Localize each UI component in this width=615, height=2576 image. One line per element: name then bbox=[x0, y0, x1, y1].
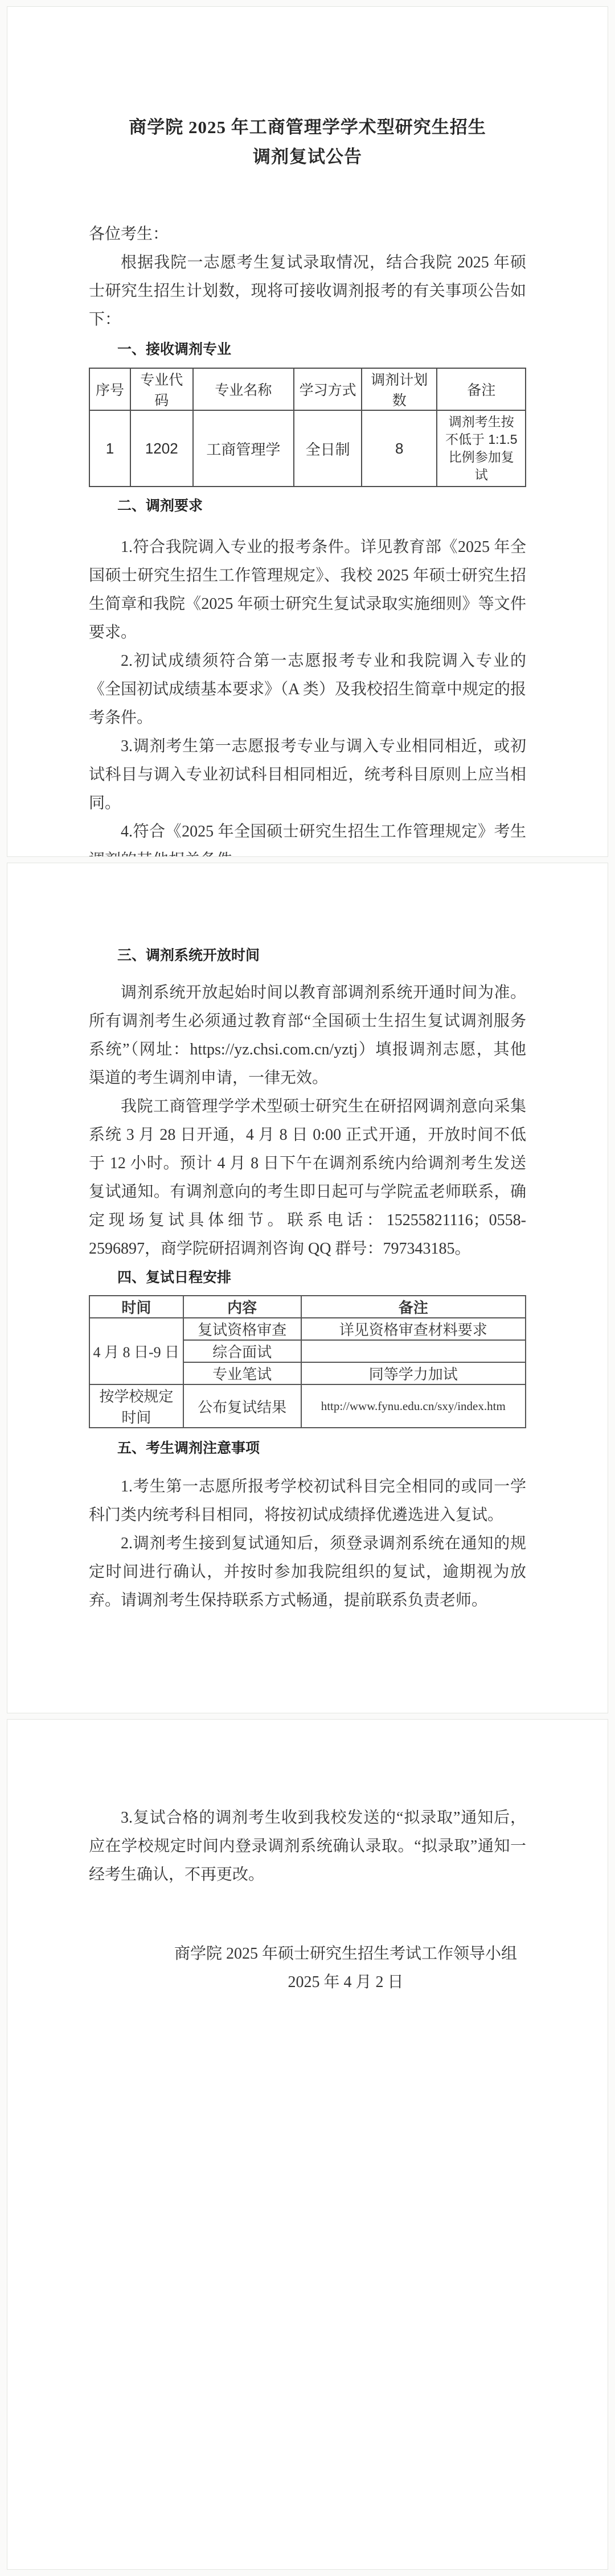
section-heading-5: 五、考生调剂注意事项 bbox=[89, 1434, 526, 1462]
notice-item-1: 1.考生第一志愿所报考学校初试科目完全相同的或同一学科门类内统考科目相同，将按初… bbox=[89, 1473, 526, 1530]
cell-major-code: 1202 bbox=[130, 410, 193, 487]
schedule-row-4: 按学校规定时间 公布复试结果 http://www.fynu.edu.cn/sx… bbox=[89, 1384, 526, 1428]
cell-time-merged: 4 月 8 日-9 日 bbox=[89, 1318, 183, 1384]
col-header-content: 内容 bbox=[183, 1296, 301, 1318]
col-header-time: 时间 bbox=[89, 1296, 183, 1318]
cell-plan-count: 8 bbox=[362, 410, 437, 487]
intro-paragraph: 根据我院一志愿考生复试录取情况，结合我院 2025 年硕士研究生招生计划数，现将… bbox=[89, 249, 526, 334]
requirement-item-1: 1.符合我院调入专业的报考条件。详见教育部《2025 年全国硕士研究生招生工作管… bbox=[89, 533, 526, 647]
schedule-table: 时间 内容 备注 4 月 8 日-9 日 复试资格审查 详见资格审查材料要求 综… bbox=[89, 1295, 526, 1428]
notice-item-3: 3.复试合格的调剂考生收到我校发送的“拟录取”通知后，应在学校规定时间内登录调剂… bbox=[89, 1804, 526, 1889]
cell-major-name: 工商管理学 bbox=[193, 410, 294, 487]
page-2: 三、调剂系统开放时间 调剂系统开放起始时间以教育部调剂系统开通时间为准。所有调剂… bbox=[7, 863, 608, 1713]
doc-title-line-2: 调剂复试公告 bbox=[89, 142, 526, 172]
cell-study-mode: 全日制 bbox=[294, 410, 362, 487]
col-header-seq: 序号 bbox=[89, 368, 130, 410]
requirement-item-3: 3.调剂考生第一志愿报考专业与调入专业相同相近，或初试科目与调入专业初试科目相同… bbox=[89, 732, 526, 818]
page-3: 3.复试合格的调剂考生收到我校发送的“拟录取”通知后，应在学校规定时间内登录调剂… bbox=[7, 1719, 608, 2570]
cell-seq: 1 bbox=[89, 410, 130, 487]
cell-content-interview: 综合面试 bbox=[183, 1340, 301, 1362]
cell-result-url: http://www.fynu.edu.cn/sxy/index.htm bbox=[301, 1384, 526, 1428]
doc-title-line-1: 商学院 2025 年工商管理学学术型研究生招生 bbox=[89, 113, 526, 142]
requirement-item-4: 4.符合《2025 年全国硕士研究生招生工作管理规定》考生调剂的其他相关条件。 bbox=[89, 818, 526, 857]
system-open-paragraph-2: 我院工商管理学学术型硕士研究生在研招网调剂意向采集系统 3 月 28 日开通，4… bbox=[89, 1093, 526, 1263]
notice-item-2: 2.调剂考生接到复试通知后，须登录调剂系统在通知的规定时间进行确认，并按时参加我… bbox=[89, 1530, 526, 1615]
col-header-remark: 备注 bbox=[437, 368, 526, 410]
section-heading-2: 二、调剂要求 bbox=[89, 492, 526, 520]
schedule-row-1: 4 月 8 日-9 日 复试资格审查 详见资格审查材料要求 bbox=[89, 1318, 526, 1340]
cell-content-qualification: 复试资格审查 bbox=[183, 1318, 301, 1340]
cell-note-interview bbox=[301, 1340, 526, 1362]
admission-table: 序号 专业代码 专业名称 学习方式 调剂计划数 备注 1 1202 工商管理学 … bbox=[89, 368, 526, 487]
cell-content-result: 公布复试结果 bbox=[183, 1384, 301, 1428]
signature-org: 商学院 2025 年硕士研究生招生考试工作领导小组 bbox=[174, 1940, 517, 1968]
cell-remark: 调剂考生按不低于 1:1.5 比例参加复试 bbox=[437, 410, 526, 487]
cell-note-qualification: 详见资格审查材料要求 bbox=[301, 1318, 526, 1340]
document-pages: 商学院 2025 年工商管理学学术型研究生招生 调剂复试公告 各位考生： 根据我… bbox=[0, 0, 615, 2576]
cell-content-written-exam: 专业笔试 bbox=[183, 1362, 301, 1384]
page-1: 商学院 2025 年工商管理学学术型研究生招生 调剂复试公告 各位考生： 根据我… bbox=[7, 6, 608, 857]
requirement-item-2: 2.初试成绩须符合第一志愿报考专业和我院调入专业的《全国初试成绩基本要求》（A … bbox=[89, 647, 526, 732]
signature-block: 商学院 2025 年硕士研究生招生考试工作领导小组 2025 年 4 月 2 日 bbox=[89, 1940, 526, 1997]
signature-date: 2025 年 4 月 2 日 bbox=[174, 1968, 517, 1997]
cell-time-result: 按学校规定时间 bbox=[89, 1384, 183, 1428]
section-heading-4: 四、复试日程安排 bbox=[89, 1263, 526, 1292]
cell-note-written-exam: 同等学力加试 bbox=[301, 1362, 526, 1384]
schedule-header-row: 时间 内容 备注 bbox=[89, 1296, 526, 1318]
salutation: 各位考生： bbox=[89, 220, 526, 249]
system-open-paragraph-1: 调剂系统开放起始时间以教育部调剂系统开通时间为准。所有调剂考生必须通过教育部“全… bbox=[89, 979, 526, 1093]
col-header-major-name: 专业名称 bbox=[193, 368, 294, 410]
col-header-note: 备注 bbox=[301, 1296, 526, 1318]
section-heading-1: 一、接收调剂专业 bbox=[89, 335, 526, 364]
col-header-study-mode: 学习方式 bbox=[294, 368, 362, 410]
admission-table-header-row: 序号 专业代码 专业名称 学习方式 调剂计划数 备注 bbox=[89, 368, 526, 410]
col-header-plan-count: 调剂计划数 bbox=[362, 368, 437, 410]
admission-table-row: 1 1202 工商管理学 全日制 8 调剂考生按不低于 1:1.5 比例参加复试 bbox=[89, 410, 526, 487]
col-header-major-code: 专业代码 bbox=[130, 368, 193, 410]
section-heading-3: 三、调剂系统开放时间 bbox=[89, 941, 526, 970]
doc-title: 商学院 2025 年工商管理学学术型研究生招生 调剂复试公告 bbox=[89, 113, 526, 172]
